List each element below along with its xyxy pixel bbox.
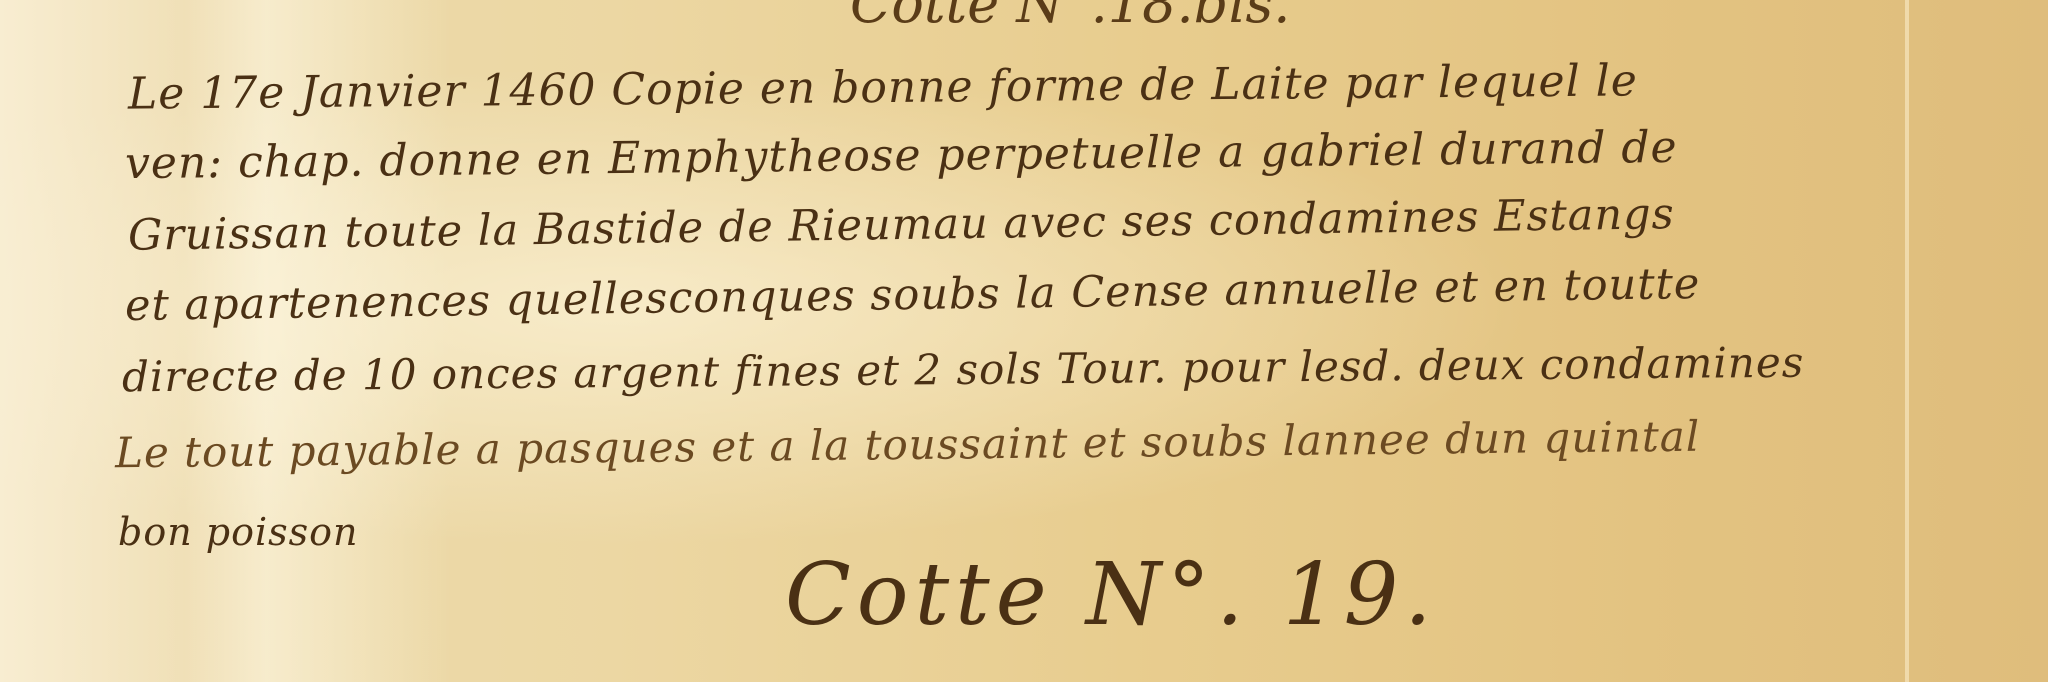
footer-cote-label: Cotte N°. 19. xyxy=(785,545,1438,645)
fold-crease xyxy=(1905,0,1909,682)
header-cote-fragment: Cotte N°.18.bis. xyxy=(850,0,1290,35)
manuscript-line-7: bon poisson xyxy=(118,510,358,554)
